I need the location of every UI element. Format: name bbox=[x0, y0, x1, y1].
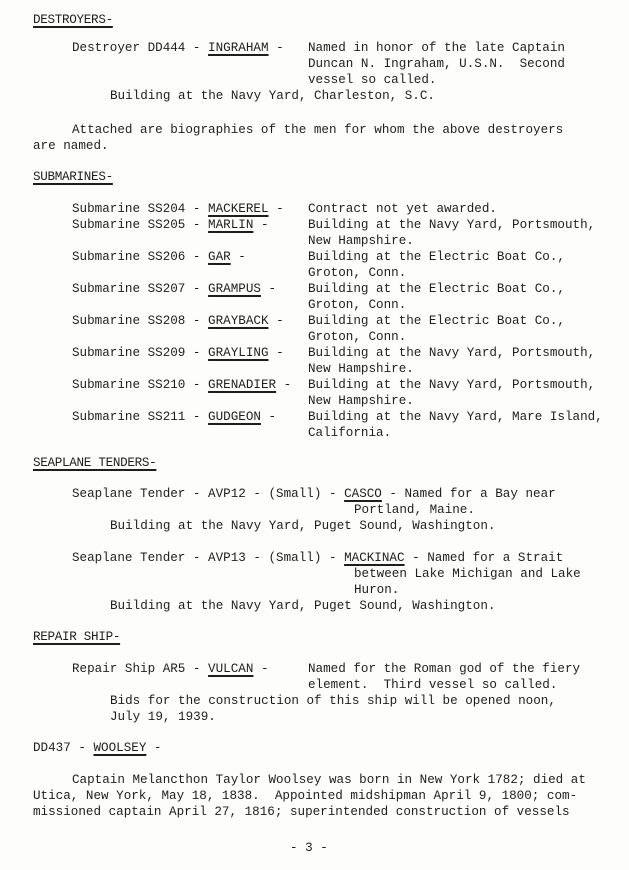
submarine-designation: Submarine SS207 - bbox=[72, 282, 208, 296]
location-line: Building at the Navy Yard, Puget Sound, … bbox=[110, 518, 495, 534]
biography-line: Utica, New York, May 18, 1838. Appointed… bbox=[33, 788, 577, 804]
description-line: - Named for a Bay near bbox=[382, 487, 556, 501]
note-line: Attached are biographies of the men for … bbox=[72, 122, 563, 138]
ship-name: WOOLSEY bbox=[93, 741, 146, 755]
ship-name: MARLIN bbox=[208, 218, 253, 232]
bids-line: Bids for the construction of this ship w… bbox=[110, 693, 556, 709]
ship-name: GAR bbox=[208, 250, 231, 264]
status-line: Building at the Navy Yard, Portsmouth, bbox=[308, 377, 595, 393]
ship-name: GRAYLING bbox=[208, 346, 268, 360]
submarine-designation: Submarine SS204 - bbox=[72, 202, 208, 216]
ship-name: INGRAHAM bbox=[208, 41, 268, 55]
submarine-designation: Submarine SS211 - bbox=[72, 410, 208, 424]
location-line: Building at the Navy Yard, Puget Sound, … bbox=[110, 598, 495, 614]
description-line: Named for the Roman god of the fiery bbox=[308, 661, 580, 677]
ship-name: GRAMPUS bbox=[208, 282, 261, 296]
tender-entry: Seaplane Tender - AVP13 - (Small) - MACK… bbox=[72, 550, 563, 566]
status-line: Groton, Conn. bbox=[308, 329, 406, 345]
location-line: Building at the Navy Yard, Charleston, S… bbox=[110, 88, 435, 104]
ship-name: GUDGEON bbox=[208, 410, 261, 424]
repair-ship-entry: Repair Ship AR5 - VULCAN - bbox=[72, 661, 269, 677]
submarine-entry: Submarine SS208 - GRAYBACK - bbox=[72, 313, 284, 329]
status-line: Groton, Conn. bbox=[308, 265, 406, 281]
description-line: Portland, Maine. bbox=[354, 502, 475, 518]
description-line: Huron. bbox=[354, 582, 399, 598]
destroyer-designation: Destroyer DD444 - bbox=[72, 41, 208, 55]
status-line: Building at the Electric Boat Co., bbox=[308, 313, 565, 329]
submarine-entry: Submarine SS211 - GUDGEON - bbox=[72, 409, 276, 425]
submarine-designation: Submarine SS209 - bbox=[72, 346, 208, 360]
biography-designation: DD437 - bbox=[33, 741, 93, 755]
ship-name: GRENADIER bbox=[208, 378, 276, 392]
status-line: Building at the Electric Boat Co., bbox=[308, 249, 565, 265]
separator: - bbox=[269, 202, 284, 216]
description-line: Duncan N. Ingraham, U.S.N. Second bbox=[308, 56, 565, 72]
tender-designation: Seaplane Tender - AVP13 - (Small) - bbox=[72, 551, 344, 565]
separator: - bbox=[253, 218, 268, 232]
status-line: Contract not yet awarded. bbox=[308, 201, 497, 217]
ship-name: MACKINAC bbox=[344, 551, 404, 565]
section-heading-submarines: SUBMARINES- bbox=[33, 169, 113, 185]
status-line: New Hampshire. bbox=[308, 233, 414, 249]
submarine-designation: Submarine SS206 - bbox=[72, 250, 208, 264]
biography-line: Captain Melancthon Taylor Woolsey was bo… bbox=[72, 772, 586, 788]
submarine-entry: Submarine SS206 - GAR - bbox=[72, 249, 246, 265]
status-line: Building at the Navy Yard, Portsmouth, bbox=[308, 217, 595, 233]
separator: - bbox=[253, 662, 268, 676]
submarine-entry: Submarine SS204 - MACKEREL - bbox=[72, 201, 284, 217]
ship-name: MACKEREL bbox=[208, 202, 268, 216]
biography-heading: DD437 - WOOLSEY - bbox=[33, 740, 162, 756]
ship-name: CASCO bbox=[344, 487, 382, 501]
submarine-entry: Submarine SS205 - MARLIN - bbox=[72, 217, 269, 233]
separator: - bbox=[261, 282, 276, 296]
separator: - bbox=[231, 250, 246, 264]
ship-name: VULCAN bbox=[208, 662, 253, 676]
description-line: Named in honor of the late Captain bbox=[308, 40, 565, 56]
submarine-designation: Submarine SS210 - bbox=[72, 378, 208, 392]
separator: - bbox=[269, 41, 284, 55]
submarine-designation: Submarine SS205 - bbox=[72, 218, 208, 232]
ship-name: GRAYBACK bbox=[208, 314, 268, 328]
status-line: Building at the Electric Boat Co., bbox=[308, 281, 565, 297]
separator: - bbox=[269, 346, 284, 360]
status-line: Building at the Navy Yard, Portsmouth, bbox=[308, 345, 595, 361]
status-line: New Hampshire. bbox=[308, 393, 414, 409]
separator: - bbox=[261, 410, 276, 424]
status-line: Building at the Navy Yard, Mare Island, bbox=[308, 409, 603, 425]
note-line: are named. bbox=[33, 138, 109, 154]
submarine-designation: Submarine SS208 - bbox=[72, 314, 208, 328]
description-line: vessel so called. bbox=[308, 72, 436, 88]
section-heading-seaplane-tenders: SEAPLANE TENDERS- bbox=[33, 455, 156, 471]
description-line: between Lake Michigan and Lake bbox=[354, 566, 581, 582]
description-line: element. Third vessel so called. bbox=[308, 677, 557, 693]
description-line: - Named for a Strait bbox=[405, 551, 564, 565]
status-line: New Hampshire. bbox=[308, 361, 414, 377]
submarine-entry: Submarine SS207 - GRAMPUS - bbox=[72, 281, 276, 297]
destroyer-entry: Destroyer DD444 - INGRAHAM - bbox=[72, 40, 284, 56]
separator: - bbox=[276, 378, 291, 392]
repair-ship-designation: Repair Ship AR5 - bbox=[72, 662, 208, 676]
section-heading-repair-ship: REPAIR SHIP- bbox=[33, 629, 120, 645]
status-line: California. bbox=[308, 425, 391, 441]
status-line: Groton, Conn. bbox=[308, 297, 406, 313]
tender-entry: Seaplane Tender - AVP12 - (Small) - CASC… bbox=[72, 486, 556, 502]
separator: - bbox=[269, 314, 284, 328]
bids-line: July 19, 1939. bbox=[110, 709, 216, 725]
page-number: - 3 - bbox=[290, 840, 328, 856]
section-heading-destroyers: DESTROYERS- bbox=[33, 12, 113, 28]
tender-designation: Seaplane Tender - AVP12 - (Small) - bbox=[72, 487, 344, 501]
submarine-entry: Submarine SS210 - GRENADIER - bbox=[72, 377, 291, 393]
submarine-entry: Submarine SS209 - GRAYLING - bbox=[72, 345, 284, 361]
biography-line: missioned captain April 27, 1816; superi… bbox=[33, 804, 570, 820]
separator: - bbox=[146, 741, 161, 755]
